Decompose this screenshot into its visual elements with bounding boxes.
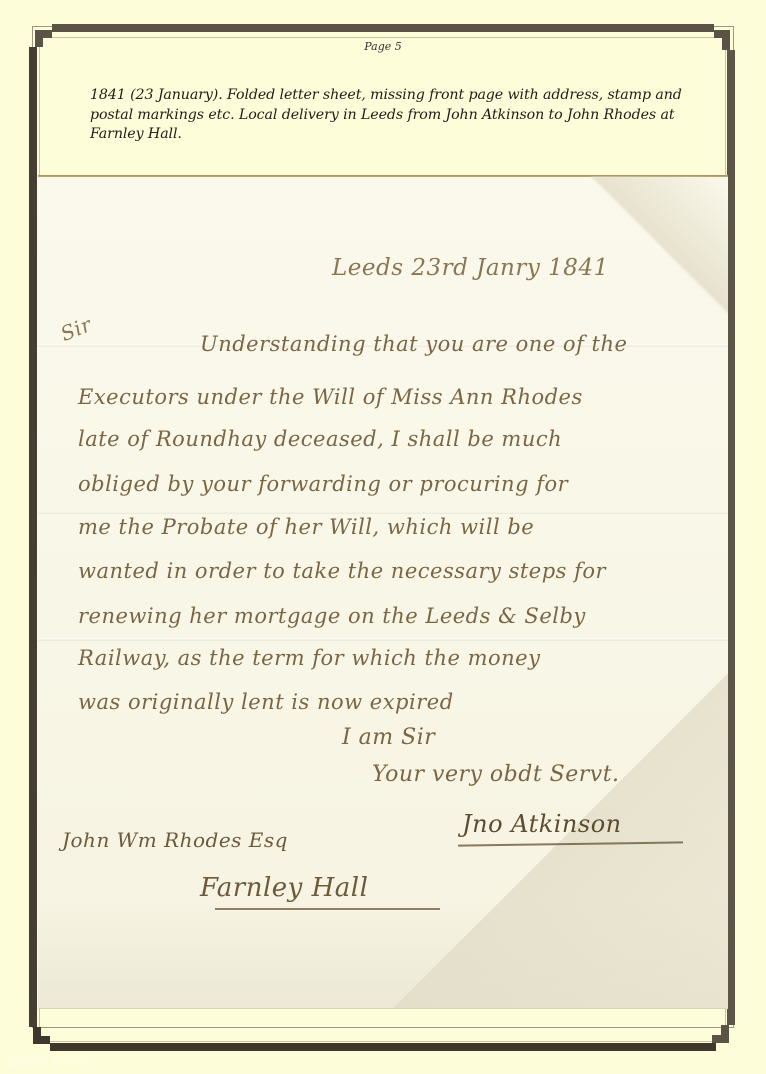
fold-crease [38,638,728,641]
letter-addressee: John Wm Rhodes Esq [62,828,288,852]
letter-body-line: wanted in order to take the necessary st… [78,559,606,583]
letter-body-line: renewing her mortgage on the Leeds & Sel… [78,604,586,628]
letter-body-line: Understanding that you are one of the [200,332,627,356]
frame-left-bar [29,47,37,1027]
sheet-lower-shading [38,898,728,1008]
letter-body-line: obliged by your forwarding or procuring … [78,472,568,496]
page-number: Page 5 [0,40,766,53]
letter-body-line: late of Roundhay deceased, I shall be mu… [78,427,562,451]
address-underline [215,908,440,910]
letter-sheet-image [38,175,728,1009]
letter-body-line: was originally lent is now expired [78,690,454,714]
watermark: Derek Baron [8,1055,92,1070]
letter-closing: Your very obdt Servt. [372,762,620,787]
frame-corner-bottom-right [721,1025,729,1042]
frame-corner-bottom-left [33,1027,41,1044]
frame-bottom-bar [50,1043,716,1051]
letter-signature: Jno Atkinson [462,810,622,838]
folded-corner-shadow [588,176,728,316]
letter-closing: I am Sir [342,725,435,750]
letter-body-line: Railway, as the term for which the money [78,646,540,670]
fold-crease [38,511,728,514]
letter-body-line: me the Probate of her Will, which will b… [78,515,534,539]
exhibit-caption: 1841 (23 January). Folded letter sheet, … [90,86,690,145]
letter-address: Farnley Hall [200,873,368,903]
letter-body-line: Executors under the Will of Miss Ann Rho… [78,385,583,409]
letter-place-date: Leeds 23rd Janry 1841 [332,255,609,281]
frame-right-bar [727,50,735,1025]
frame-top-bar [52,24,714,32]
